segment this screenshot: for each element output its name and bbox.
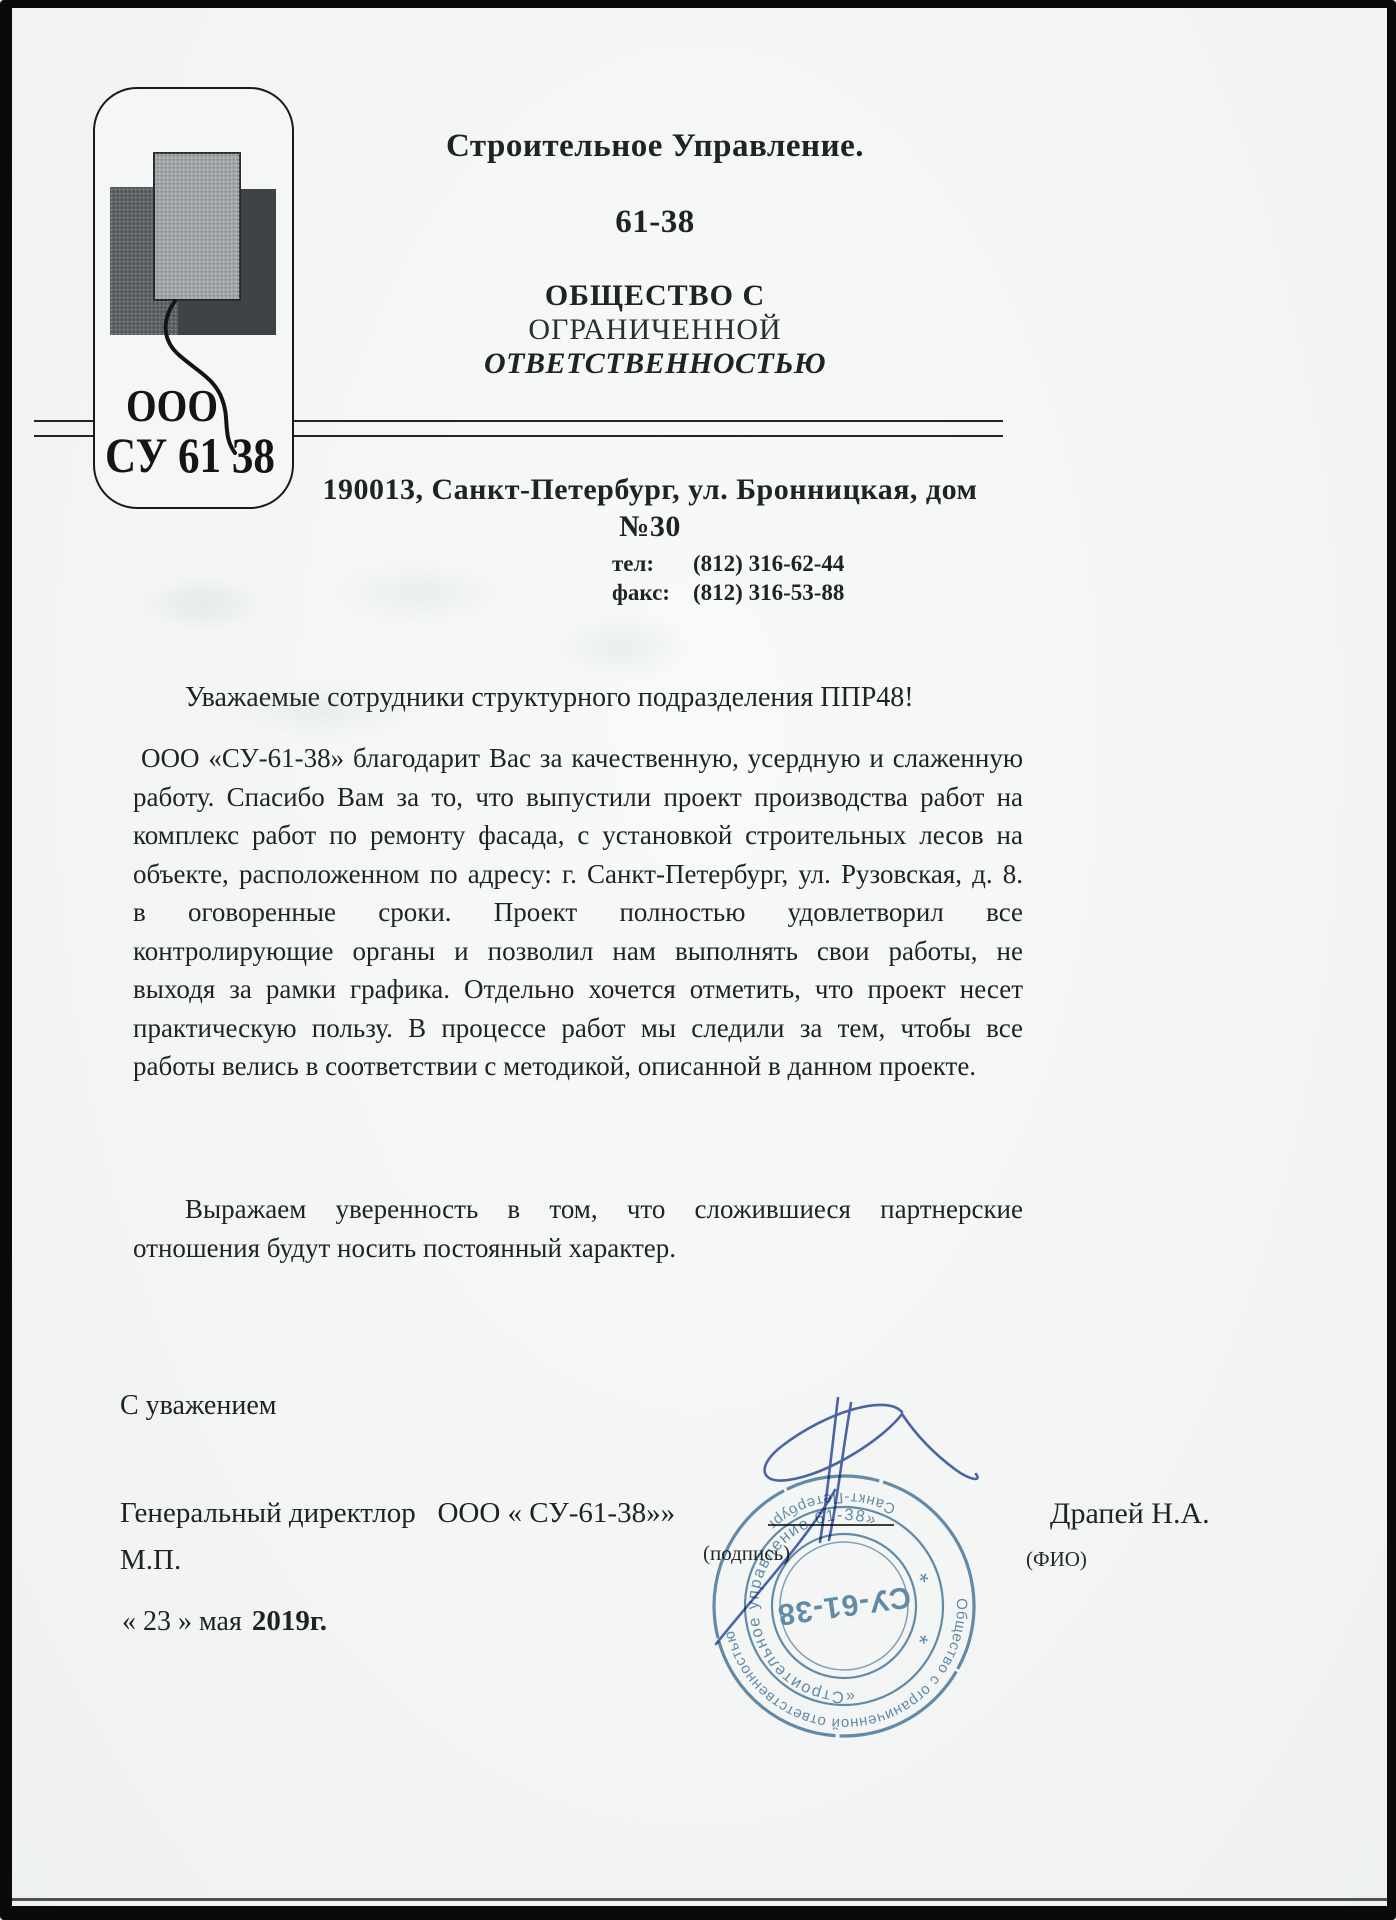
letter-date-day: « 23 » мая	[122, 1606, 242, 1637]
paragraph-line: практическую пользу. В процессе работ мы…	[133, 1009, 1023, 1048]
letterhead-number: 61-38	[300, 204, 1010, 241]
scan-edge-line	[0, 1898, 1396, 1901]
signer-role: Генеральный директлор ООО « СУ-61-38»»	[120, 1497, 675, 1530]
paragraph-line: контролирующие органы и позволил нам вып…	[133, 932, 1023, 971]
company-address-line1: 190013, Санкт-Петербург, ул. Бронницкая,…	[280, 473, 1020, 507]
scanned-letter-page: ООО СУ 61 38 Строительное Управление. 61…	[0, 0, 1396, 1920]
building-front-texture	[154, 153, 240, 300]
signature-loop-stroke	[765, 1405, 978, 1481]
letterhead-title: Строительное Управление.	[300, 128, 1010, 165]
letterhead-rule-left	[34, 420, 93, 437]
handwritten-signature	[640, 1390, 1060, 1720]
buildings-logo-icon: ООО СУ 61 38	[95, 89, 292, 507]
paragraph-line: отношения будут носить постоянный характ…	[133, 1229, 1023, 1268]
scan-bleed-artifact	[125, 550, 785, 765]
letterhead-rule-right	[290, 420, 1003, 437]
letter-date-year: 2019г.	[252, 1605, 327, 1637]
letter-closing: С уважением	[120, 1390, 276, 1422]
signature-vertical-stroke	[829, 1403, 851, 1540]
paragraph-line: выходя за рамки графика. Отдельно хочетс…	[133, 970, 1023, 1009]
company-address-line2: №30	[280, 510, 1020, 544]
logo-ooo-text: ООО	[126, 380, 218, 431]
paragraph-line: Выражаем уверенность в том, что сложивши…	[133, 1190, 1023, 1229]
letter-paragraph-2: Выражаем уверенность в том, что сложивши…	[133, 1190, 1023, 1267]
letter-date: « 23 » мая2019г.	[122, 1605, 327, 1638]
company-logo: ООО СУ 61 38	[93, 87, 294, 509]
letterhead-org-line2: ОГРАНИЧЕННОЙ	[300, 313, 1010, 347]
signer-name: Драпей Н.А.	[1050, 1497, 1210, 1531]
letter-paragraph-1: ООО «СУ-61-38» благодарит Вас за качеств…	[133, 739, 1023, 1086]
signature-tail-stroke	[716, 1490, 835, 1644]
paragraph-line: работу. Спасибо Вам за то, что выпустили…	[133, 778, 1023, 817]
paragraph-line: работы велись в соответствии с методикой…	[133, 1047, 1023, 1086]
paragraph-line: комплекс работ по ремонту фасада, с уста…	[133, 816, 1023, 855]
letterhead-org-line3: ОТВЕТСТВЕННОСТЬЮ	[300, 347, 1010, 381]
logo-company-number: СУ 61 38	[105, 427, 275, 483]
letterhead-org-line1: ОБЩЕСТВО С	[300, 279, 1010, 313]
paragraph-line: в оговоренные сроки. Проект полностью уд…	[133, 893, 1023, 932]
stamp-place-label: М.П.	[120, 1544, 181, 1577]
paragraph-line: объекте, расположенном по адресу: г. Сан…	[133, 855, 1023, 894]
